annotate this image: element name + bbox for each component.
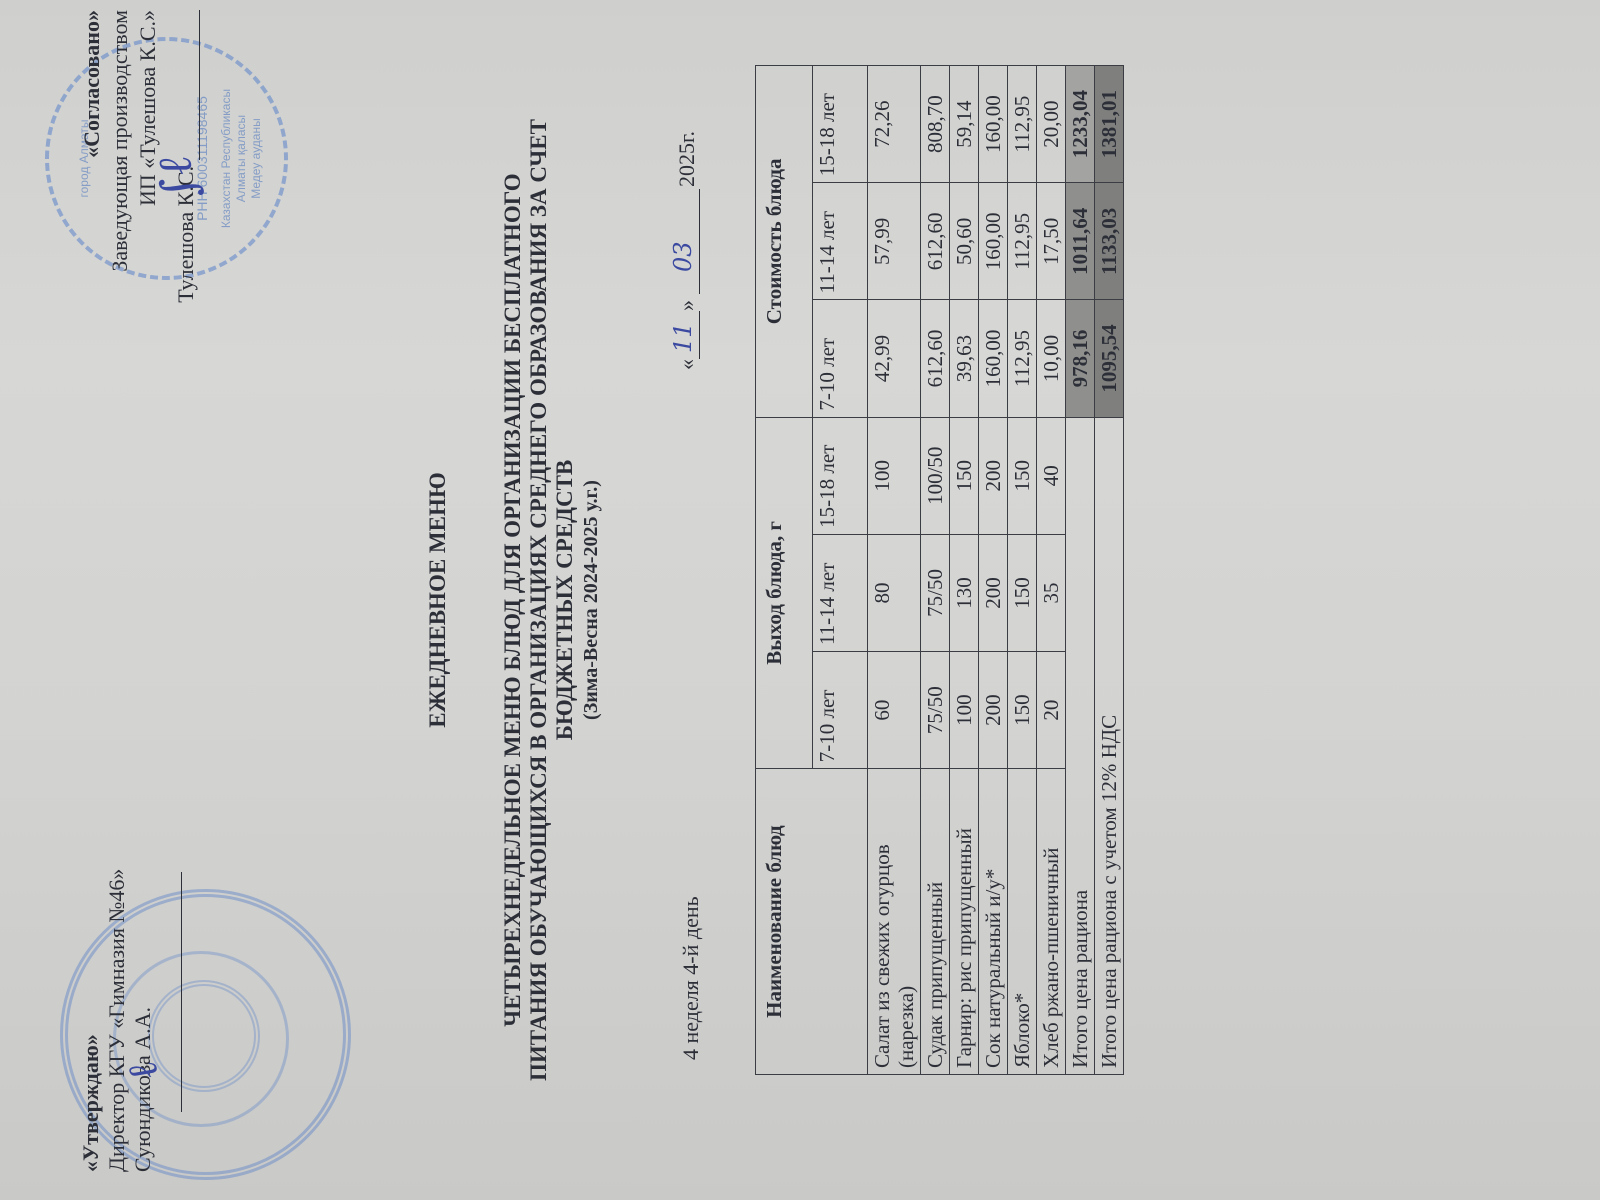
- approval-position: Директор КГУ «Гимназия №46»: [104, 752, 130, 1172]
- agreement-position: Заведующая производством: [106, 10, 134, 410]
- dish-yield: 35: [1037, 534, 1066, 651]
- dish-yield: 150: [1008, 534, 1037, 651]
- date-open-quote: «: [674, 359, 700, 370]
- dish-cost: 160,00: [979, 183, 1008, 300]
- dish-yield: 80: [868, 534, 921, 651]
- table-row: Гарнир: рис припущенный10013015039,6350,…: [950, 66, 979, 1075]
- agreement-organization: ИП «Тулешова К.С.»: [134, 10, 162, 410]
- dish-cost: 10,00: [1037, 300, 1066, 417]
- dish-name: Сок натуральный и/у*: [979, 769, 1008, 1075]
- agreement-signer: Тулешова К.С.: [172, 10, 200, 410]
- dish-cost: 112,95: [1008, 183, 1037, 300]
- total-value: 1011,64: [1066, 183, 1095, 300]
- dish-cost: 112,95: [1008, 300, 1037, 417]
- stamp-region-line: Казахстан Республикасы: [219, 41, 234, 276]
- approval-name: Суюндикова А.А.: [130, 1007, 155, 1172]
- total-value: 978,16: [1066, 300, 1095, 417]
- dish-yield: 75/50: [921, 652, 950, 769]
- agreement-signature-line: [179, 10, 200, 160]
- dish-yield: 130: [950, 534, 979, 651]
- total-with-vat-row: Итого цена рациона с учетом 12% НДС1095,…: [1095, 66, 1124, 1075]
- header-cost-age: 11-14 лет: [813, 183, 868, 300]
- subtitle-line: БЮДЖЕТНЫХ СРЕДСТВ: [552, 0, 578, 1200]
- dish-cost: 39,63: [950, 300, 979, 417]
- week-day-label: 4 неделя 4-й день: [678, 896, 704, 1060]
- approval-block: «Утверждаю» Директор КГУ «Гимназия №46» …: [78, 752, 182, 1172]
- header-yield-age: 7-10 лет: [813, 652, 868, 769]
- date-year: 2025г.: [674, 131, 700, 187]
- header-dish-name: Наименование блюд: [756, 769, 868, 1075]
- dish-cost: 612,60: [921, 183, 950, 300]
- dish-yield: 150: [1008, 652, 1037, 769]
- header-yield: Выход блюда, г: [756, 417, 813, 769]
- total-label: Итого цена рациона с учетом 12% НДС: [1095, 417, 1124, 1074]
- total-value: 1133,03: [1095, 183, 1124, 300]
- agreement-title: «Согласовано»: [78, 10, 106, 410]
- dish-cost: 42,99: [868, 300, 921, 417]
- header-yield-age: 15-18 лет: [813, 417, 868, 534]
- header-yield-age: 11-14 лет: [813, 534, 868, 651]
- dish-cost: 17,50: [1037, 183, 1066, 300]
- subtitle-line: ЧЕТЫРЕХНЕДЕЛЬНОЕ МЕНЮ БЛЮД ДЛЯ ОРГАНИЗАЦ…: [500, 0, 526, 1200]
- header-cost-age: 7-10 лет: [813, 300, 868, 417]
- stamp-region: Казахстан Республикасы Алматы қаласы Мед…: [219, 41, 264, 276]
- header-cost: Стоимость блюда: [756, 66, 813, 418]
- page-subtitle: ЧЕТЫРЕХНЕДЕЛЬНОЕ МЕНЮ БЛЮД ДЛЯ ОРГАНИЗАЦ…: [500, 0, 604, 1200]
- total-value: 1381,01: [1095, 66, 1124, 183]
- approval-signature-line: [156, 752, 182, 1172]
- dish-name: Гарнир: рис припущенный: [950, 769, 979, 1075]
- dish-cost: 808,70: [921, 66, 950, 183]
- dish-yield: 150: [950, 417, 979, 534]
- dish-name: Яблоко*: [1008, 769, 1037, 1075]
- date-month: 03: [669, 241, 697, 272]
- date-day-blank: 11: [677, 311, 700, 359]
- dish-yield: 100/50: [921, 417, 950, 534]
- approval-title: «Утверждаю»: [78, 752, 104, 1172]
- table-row: Яблоко*150150150112,95112,95112,95: [1008, 66, 1037, 1075]
- date-line: « 11 » 03 2025г.: [674, 131, 700, 370]
- dish-yield: 200: [979, 652, 1008, 769]
- header-cost-age: 15-18 лет: [813, 66, 868, 183]
- page-title: ЕЖЕДНЕВНОЕ МЕНЮ: [425, 0, 451, 1200]
- dish-yield: 200: [979, 417, 1008, 534]
- stamp-region-line: Алматы қаласы: [234, 41, 249, 276]
- agreement-block: «Согласовано» Заведующая производством И…: [78, 10, 200, 410]
- date-close-quote: »: [674, 300, 700, 311]
- dish-yield: 150: [1008, 417, 1037, 534]
- dish-yield: 20: [1037, 652, 1066, 769]
- total-value: 1233,04: [1066, 66, 1095, 183]
- dish-cost: 50,60: [950, 183, 979, 300]
- total-row: Итого цена рациона978,161011,641233,04: [1066, 66, 1095, 1075]
- approval-signer: Суюндикова А.А.: [130, 752, 156, 1172]
- dish-name: Судак припущенный: [921, 769, 950, 1075]
- agreement-signature: ∫ℓ: [147, 153, 208, 205]
- dish-cost: 112,95: [1008, 66, 1037, 183]
- dish-yield: 100: [950, 652, 979, 769]
- dish-yield: 75/50: [921, 534, 950, 651]
- table-header-row: Наименование блюд Выход блюда, г Стоимос…: [756, 66, 813, 1075]
- menu-table: Наименование блюд Выход блюда, г Стоимос…: [755, 65, 1124, 1075]
- total-value: 1095,54: [1095, 300, 1124, 417]
- stamp-region-line: Медеу ауданы: [249, 41, 264, 276]
- date-day: 11: [669, 322, 697, 353]
- dish-yield: 60: [868, 652, 921, 769]
- dish-cost: 72,26: [868, 66, 921, 183]
- dish-yield: 40: [1037, 417, 1066, 534]
- table-row: Сок натуральный и/у*200200200160,00160,0…: [979, 66, 1008, 1075]
- season-label: (Зима-Весна 2024-2025 у.г.): [578, 0, 604, 1200]
- date-month-blank: 03: [677, 189, 700, 294]
- table-row: Судак припущенный75/5075/50100/50612,606…: [921, 66, 950, 1075]
- dish-cost: 20,00: [1037, 66, 1066, 183]
- table-row: Салат из свежих огурцов (нарезка)6080100…: [868, 66, 921, 1075]
- dish-yield: 200: [979, 534, 1008, 651]
- subtitle-line: ПИТАНИЯ ОБУЧАЮЩИХСЯ В ОРГАНИЗАЦИЯХ СРЕДН…: [526, 0, 552, 1200]
- dish-cost: 612,60: [921, 300, 950, 417]
- dish-name: Хлеб ржано-пшеничный: [1037, 769, 1066, 1075]
- total-label: Итого цена рациона: [1066, 417, 1095, 1074]
- dish-cost: 57,99: [868, 183, 921, 300]
- dish-name: Салат из свежих огурцов (нарезка): [868, 769, 921, 1075]
- dish-yield: 100: [868, 417, 921, 534]
- dish-cost: 160,00: [979, 300, 1008, 417]
- dish-cost: 59,14: [950, 66, 979, 183]
- menu-document: город Алматы РНН 600311198465 Казахстан …: [0, 0, 1600, 1200]
- table-row: Хлеб ржано-пшеничный20354010,0017,5020,0…: [1037, 66, 1066, 1075]
- dish-cost: 160,00: [979, 66, 1008, 183]
